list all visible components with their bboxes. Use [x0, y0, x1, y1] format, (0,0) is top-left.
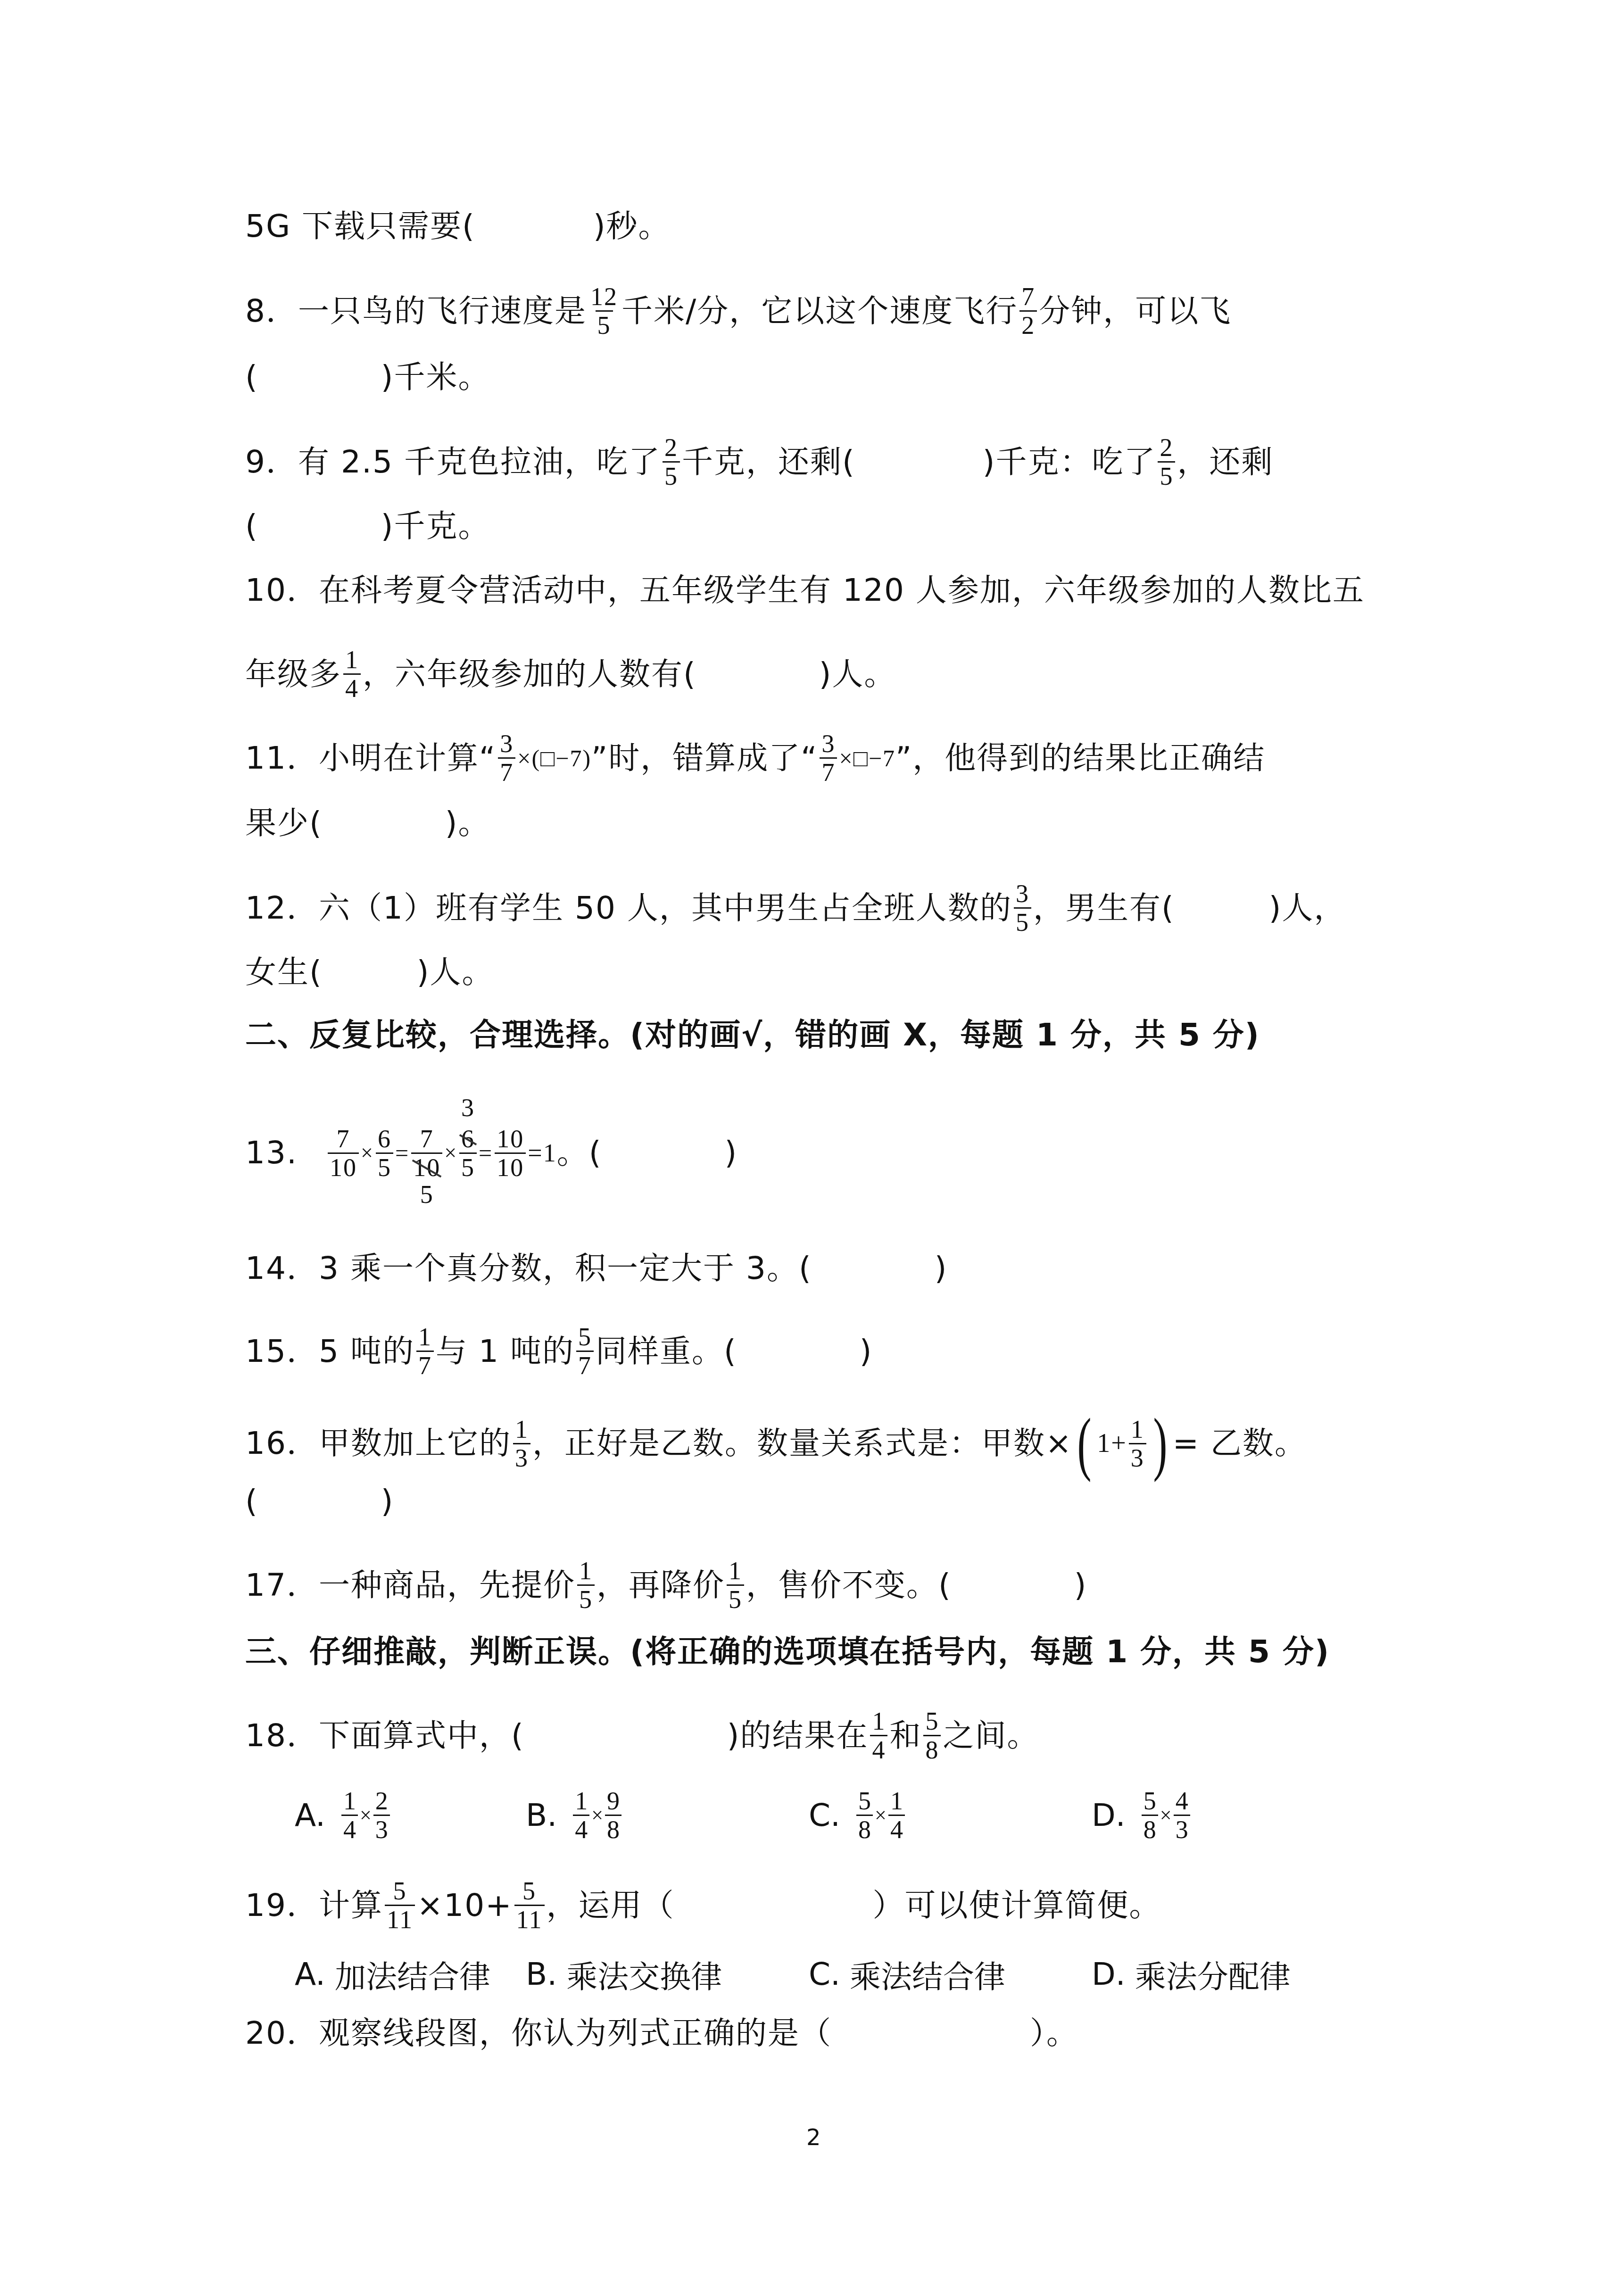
- q19-option-b-label: B.: [526, 1956, 557, 1992]
- q15-text-1: 5 吨的: [319, 1333, 414, 1370]
- q7-tail-text: 5G 下载只需要(: [245, 207, 475, 245]
- q18-option-c-times: ×: [875, 1803, 887, 1827]
- q13-fraction-1: 710: [328, 1125, 359, 1181]
- question-12: 12． 六（1）班有学生 50 人，其中男生占全班人数的 35 ，男生有( )人…: [245, 880, 1346, 936]
- q12-text-2: ，男生有(: [1033, 889, 1175, 927]
- q11-text-4: 果少(: [245, 804, 323, 842]
- question-16-line-2: ( ): [245, 1483, 394, 1520]
- q18-option-a-fraction-1: 14: [341, 1787, 358, 1843]
- q18-text-1: 下面算式中，(: [319, 1717, 524, 1755]
- q12-text-1: 六（1）班有学生 50 人，其中男生占全班人数的: [319, 889, 1012, 927]
- q11-expression-correct: ×(□−7): [517, 739, 591, 777]
- q19-text-4: ）可以使计算简便。: [873, 1887, 1161, 1924]
- question-8: 8． 一只鸟的飞行速度是 125 千米/分，它以这个速度飞行 72 分钟，可以飞: [245, 283, 1231, 339]
- q15-fraction-2: 57: [576, 1323, 594, 1379]
- q9-text-2: 千克，还剩(: [682, 443, 855, 481]
- q13-fraction-2: 65: [376, 1125, 393, 1181]
- q12-number: 12．: [245, 889, 319, 927]
- q14-number: 14．: [245, 1250, 319, 1287]
- q19-option-d-label: D.: [1092, 1956, 1126, 1992]
- q18-option-a[interactable]: A. 14 × 23: [295, 1787, 392, 1843]
- q11-fraction-2: 37: [820, 730, 837, 786]
- q8-number: 8．: [245, 292, 298, 330]
- q8-text-2: 千米/分，它以这个速度飞行: [621, 292, 1018, 330]
- q10-text-2: 年级多: [245, 655, 341, 693]
- q17-close: ): [1074, 1567, 1087, 1604]
- q20-number: 20．: [245, 2014, 319, 2052]
- q19-option-c-text: 乘法结合律: [850, 1952, 1005, 1997]
- q19-option-d[interactable]: D. 乘法分配律: [1092, 1952, 1291, 1997]
- q18-option-d-fraction-2: 43: [1174, 1787, 1190, 1843]
- question-11: 11． 小明在计算“ 37 ×(□−7) ”时，错算成了“ 37 ×□−7 ”，…: [245, 730, 1265, 786]
- q19-number: 19．: [245, 1887, 319, 1924]
- q9-number: 9．: [245, 443, 298, 481]
- q18-option-b[interactable]: B. 14 × 98: [526, 1787, 623, 1843]
- q19-option-c-label: C.: [809, 1956, 840, 1992]
- q19-option-a-label: A.: [295, 1956, 325, 1992]
- q16-number: 16．: [245, 1425, 319, 1462]
- q17-fraction-1: 15: [577, 1557, 595, 1613]
- q13-fraction-3: 7105: [411, 1125, 442, 1181]
- q15-number: 15．: [245, 1333, 319, 1370]
- q19-text-1: 计算: [319, 1887, 383, 1924]
- q8-open-paren: (: [245, 358, 258, 396]
- question-10-line-2: 年级多 14 ，六年级参加的人数有( )人。: [245, 646, 896, 702]
- q13-fraction-5: 1010: [495, 1125, 526, 1181]
- q8-fraction-time: 72: [1019, 283, 1037, 339]
- question-14: 14． 3 乘一个真分数，积一定大于 3。( ): [245, 1250, 947, 1287]
- q13-cancel-bottom: 5: [420, 1181, 434, 1208]
- page-number: 2: [806, 2124, 821, 2151]
- section-3-heading: 三、仔细推敲，判断正误。(将正确的选项填在括号内，每题 1 分，共 5 分): [245, 1633, 1330, 1671]
- q11-text-2: ”时，错算成了“: [591, 739, 818, 777]
- question-8-line-2: ( )千米。: [245, 358, 490, 396]
- q12-text-5: )人。: [417, 953, 494, 991]
- q18-fraction-upper: 58: [923, 1707, 941, 1764]
- q13-equals-2: =: [479, 1134, 493, 1172]
- question-9: 9． 有 2.5 千克色拉油，吃了 25 千克，还剩( )千克：吃了 25 ，还…: [245, 434, 1273, 490]
- q16-text-1: 甲数加上它的: [319, 1425, 511, 1462]
- question-9-line-2: ( )千克。: [245, 507, 490, 545]
- q14-text: 3 乘一个真分数，积一定大于 3。(: [319, 1250, 812, 1287]
- q9-open-paren: (: [245, 507, 258, 545]
- q18-option-a-fraction-2: 23: [373, 1787, 390, 1843]
- q13-times-1: ×: [361, 1134, 374, 1172]
- q18-option-b-fraction-1: 14: [573, 1787, 589, 1843]
- q15-text-2: 与 1 吨的: [436, 1333, 574, 1370]
- q18-option-b-times: ×: [591, 1803, 603, 1827]
- q9-text-1: 有 2.5 千克色拉油，吃了: [298, 443, 661, 481]
- q13-number: 13.: [245, 1134, 298, 1172]
- q16-inner: 1+: [1097, 1425, 1127, 1462]
- q14-close: ): [935, 1250, 948, 1287]
- q18-option-d-label: D.: [1092, 1797, 1126, 1833]
- q13-times-2: ×: [444, 1134, 457, 1172]
- q18-option-c-label: C.: [809, 1797, 840, 1833]
- q19-fraction-2: 511: [514, 1877, 545, 1933]
- q7-tail-line: 5G 下载只需要( )秒。: [245, 207, 671, 245]
- q20-text-2: ）。: [1030, 2014, 1078, 2052]
- question-17: 17． 一种商品，先提价 15 ，再降价 15 ，售价不变。( ): [245, 1557, 1087, 1613]
- q18-option-c-fraction-2: 14: [888, 1787, 905, 1843]
- q13-close-paren: ): [725, 1134, 738, 1172]
- q16-big-close-paren: ): [1153, 1408, 1168, 1479]
- question-10: 10． 在科考夏令营活动中，五年级学生有 120 人参加，六年级参加的人数比五: [245, 572, 1365, 609]
- q9-text-3: )千克：吃了: [983, 443, 1156, 481]
- section-3-title: 三、仔细推敲，判断正误。(将正确的选项填在括号内，每题 1 分，共 5 分): [245, 1633, 1330, 1671]
- q18-option-c[interactable]: C. 58 × 14: [809, 1787, 907, 1843]
- q13-fraction-4: 365: [459, 1125, 477, 1181]
- q19-option-c[interactable]: C. 乘法结合律: [809, 1952, 1005, 1997]
- question-19: 19． 计算 511 ×10+ 511 ，运用（ ）可以使计算简便。: [245, 1877, 1161, 1933]
- q18-option-c-fraction-1: 58: [856, 1787, 873, 1843]
- q15-close: ): [860, 1333, 873, 1370]
- q18-number: 18．: [245, 1717, 319, 1755]
- q16-fraction-1: 13: [513, 1416, 530, 1472]
- question-12-line-2: 女生( )人。: [245, 953, 494, 991]
- q9-fraction-1: 25: [663, 434, 680, 490]
- q11-text-1: 小明在计算“: [319, 739, 496, 777]
- q9-close-text: )千克。: [381, 507, 490, 545]
- question-16: 16． 甲数加上它的 13 ，正好是乙数。数量关系式是：甲数× ( 1+ 13 …: [245, 1408, 1307, 1479]
- q16-close-paren: ): [381, 1483, 394, 1520]
- q8-close-text: )千米。: [381, 358, 490, 396]
- q11-fraction-1: 37: [498, 730, 515, 786]
- q10-number: 10．: [245, 572, 319, 609]
- q18-text-3: 和: [889, 1717, 921, 1755]
- q19-option-b-text: 乘法交换律: [566, 1952, 722, 1997]
- q16-big-open-paren: (: [1077, 1408, 1092, 1479]
- q7-tail-close: )秒。: [593, 207, 671, 245]
- q8-text-1: 一只鸟的飞行速度是: [298, 292, 587, 330]
- section-2-title: 二、反复比较，合理选择。(对的画√，错的画 X，每题 1 分，共 5 分): [245, 1016, 1260, 1054]
- q12-text-3: )人，: [1269, 889, 1346, 927]
- q19-text-2: ×10+: [417, 1887, 513, 1924]
- q18-text-4: 之间。: [943, 1717, 1039, 1755]
- q18-option-b-label: B.: [526, 1797, 557, 1833]
- q10-text-4: )人。: [819, 655, 896, 693]
- q18-option-d-fraction-1: 58: [1142, 1787, 1158, 1843]
- q18-option-d-times: ×: [1160, 1803, 1172, 1827]
- q17-fraction-2: 15: [727, 1557, 744, 1613]
- q19-option-b[interactable]: B. 乘法交换律: [526, 1952, 722, 1997]
- q17-text-3: ，售价不变。(: [746, 1567, 952, 1604]
- q13-result: =1: [528, 1134, 556, 1172]
- q9-text-4: ，还剩: [1177, 443, 1273, 481]
- q19-fraction-1: 511: [385, 1877, 415, 1933]
- q8-fraction-speed: 125: [588, 283, 620, 339]
- q17-number: 17．: [245, 1567, 319, 1604]
- q8-text-3: 分钟，可以飞: [1039, 292, 1231, 330]
- q17-text-2: ，再降价: [597, 1567, 725, 1604]
- q10-text-1: 在科考夏令营活动中，五年级学生有 120 人参加，六年级参加的人数比五: [319, 572, 1365, 609]
- q13-equals-1: =: [395, 1134, 409, 1172]
- question-11-line-2: 果少( )。: [245, 804, 490, 842]
- question-13: 13. 710 × 65 = 7105 × 365 = 1010 =1 。( ): [245, 1132, 737, 1174]
- q11-number: 11．: [245, 739, 319, 777]
- q18-option-b-fraction-2: 98: [605, 1787, 621, 1843]
- question-15: 15． 5 吨的 17 与 1 吨的 57 同样重。( ): [245, 1323, 872, 1379]
- q19-option-a[interactable]: A. 加法结合律: [295, 1952, 490, 1997]
- q13-cancel-top: 3: [461, 1094, 475, 1121]
- q12-fraction: 35: [1014, 880, 1031, 936]
- question-20: 20． 观察线段图，你认为列式正确的是（ ）。: [245, 2014, 1078, 2052]
- section-2-heading: 二、反复比较，合理选择。(对的画√，错的画 X，每题 1 分，共 5 分): [245, 1016, 1260, 1054]
- q15-text-3: 同样重。(: [596, 1333, 737, 1370]
- q19-text-3: ，运用（: [547, 1887, 675, 1924]
- q18-option-a-times: ×: [360, 1803, 372, 1827]
- q16-fraction-2: 13: [1129, 1416, 1146, 1472]
- q11-expression-wrong: ×□−7: [839, 739, 895, 777]
- q10-fraction: 14: [343, 646, 361, 702]
- q15-fraction-1: 17: [416, 1323, 434, 1379]
- q18-option-a-label: A.: [295, 1797, 325, 1833]
- q20-text-1: 观察线段图，你认为列式正确的是（: [319, 2014, 832, 2052]
- q16-open-paren: (: [245, 1483, 258, 1520]
- q9-fraction-2: 25: [1158, 434, 1175, 490]
- q16-text-2: ，正好是乙数。数量关系式是：甲数×: [532, 1425, 1072, 1462]
- q19-option-d-text: 乘法分配律: [1135, 1952, 1291, 1997]
- q18-fraction-lower: 14: [870, 1707, 887, 1764]
- question-18: 18． 下面算式中，( )的结果在 14 和 58 之间。: [245, 1707, 1039, 1764]
- q13-open-paren: 。(: [557, 1134, 602, 1172]
- q18-text-2: )的结果在: [727, 1717, 869, 1755]
- q10-text-3: ，六年级参加的人数有(: [363, 655, 696, 693]
- q18-option-d[interactable]: D. 58 × 43: [1092, 1787, 1192, 1843]
- q11-text-5: )。: [445, 804, 490, 842]
- q19-option-a-text: 加法结合律: [335, 1952, 490, 1997]
- q12-text-4: 女生(: [245, 953, 323, 991]
- q11-text-3: ”，他得到的结果比正确结: [895, 739, 1265, 777]
- q17-text-1: 一种商品，先提价: [319, 1567, 575, 1604]
- q16-text-3: = 乙数。: [1173, 1425, 1307, 1462]
